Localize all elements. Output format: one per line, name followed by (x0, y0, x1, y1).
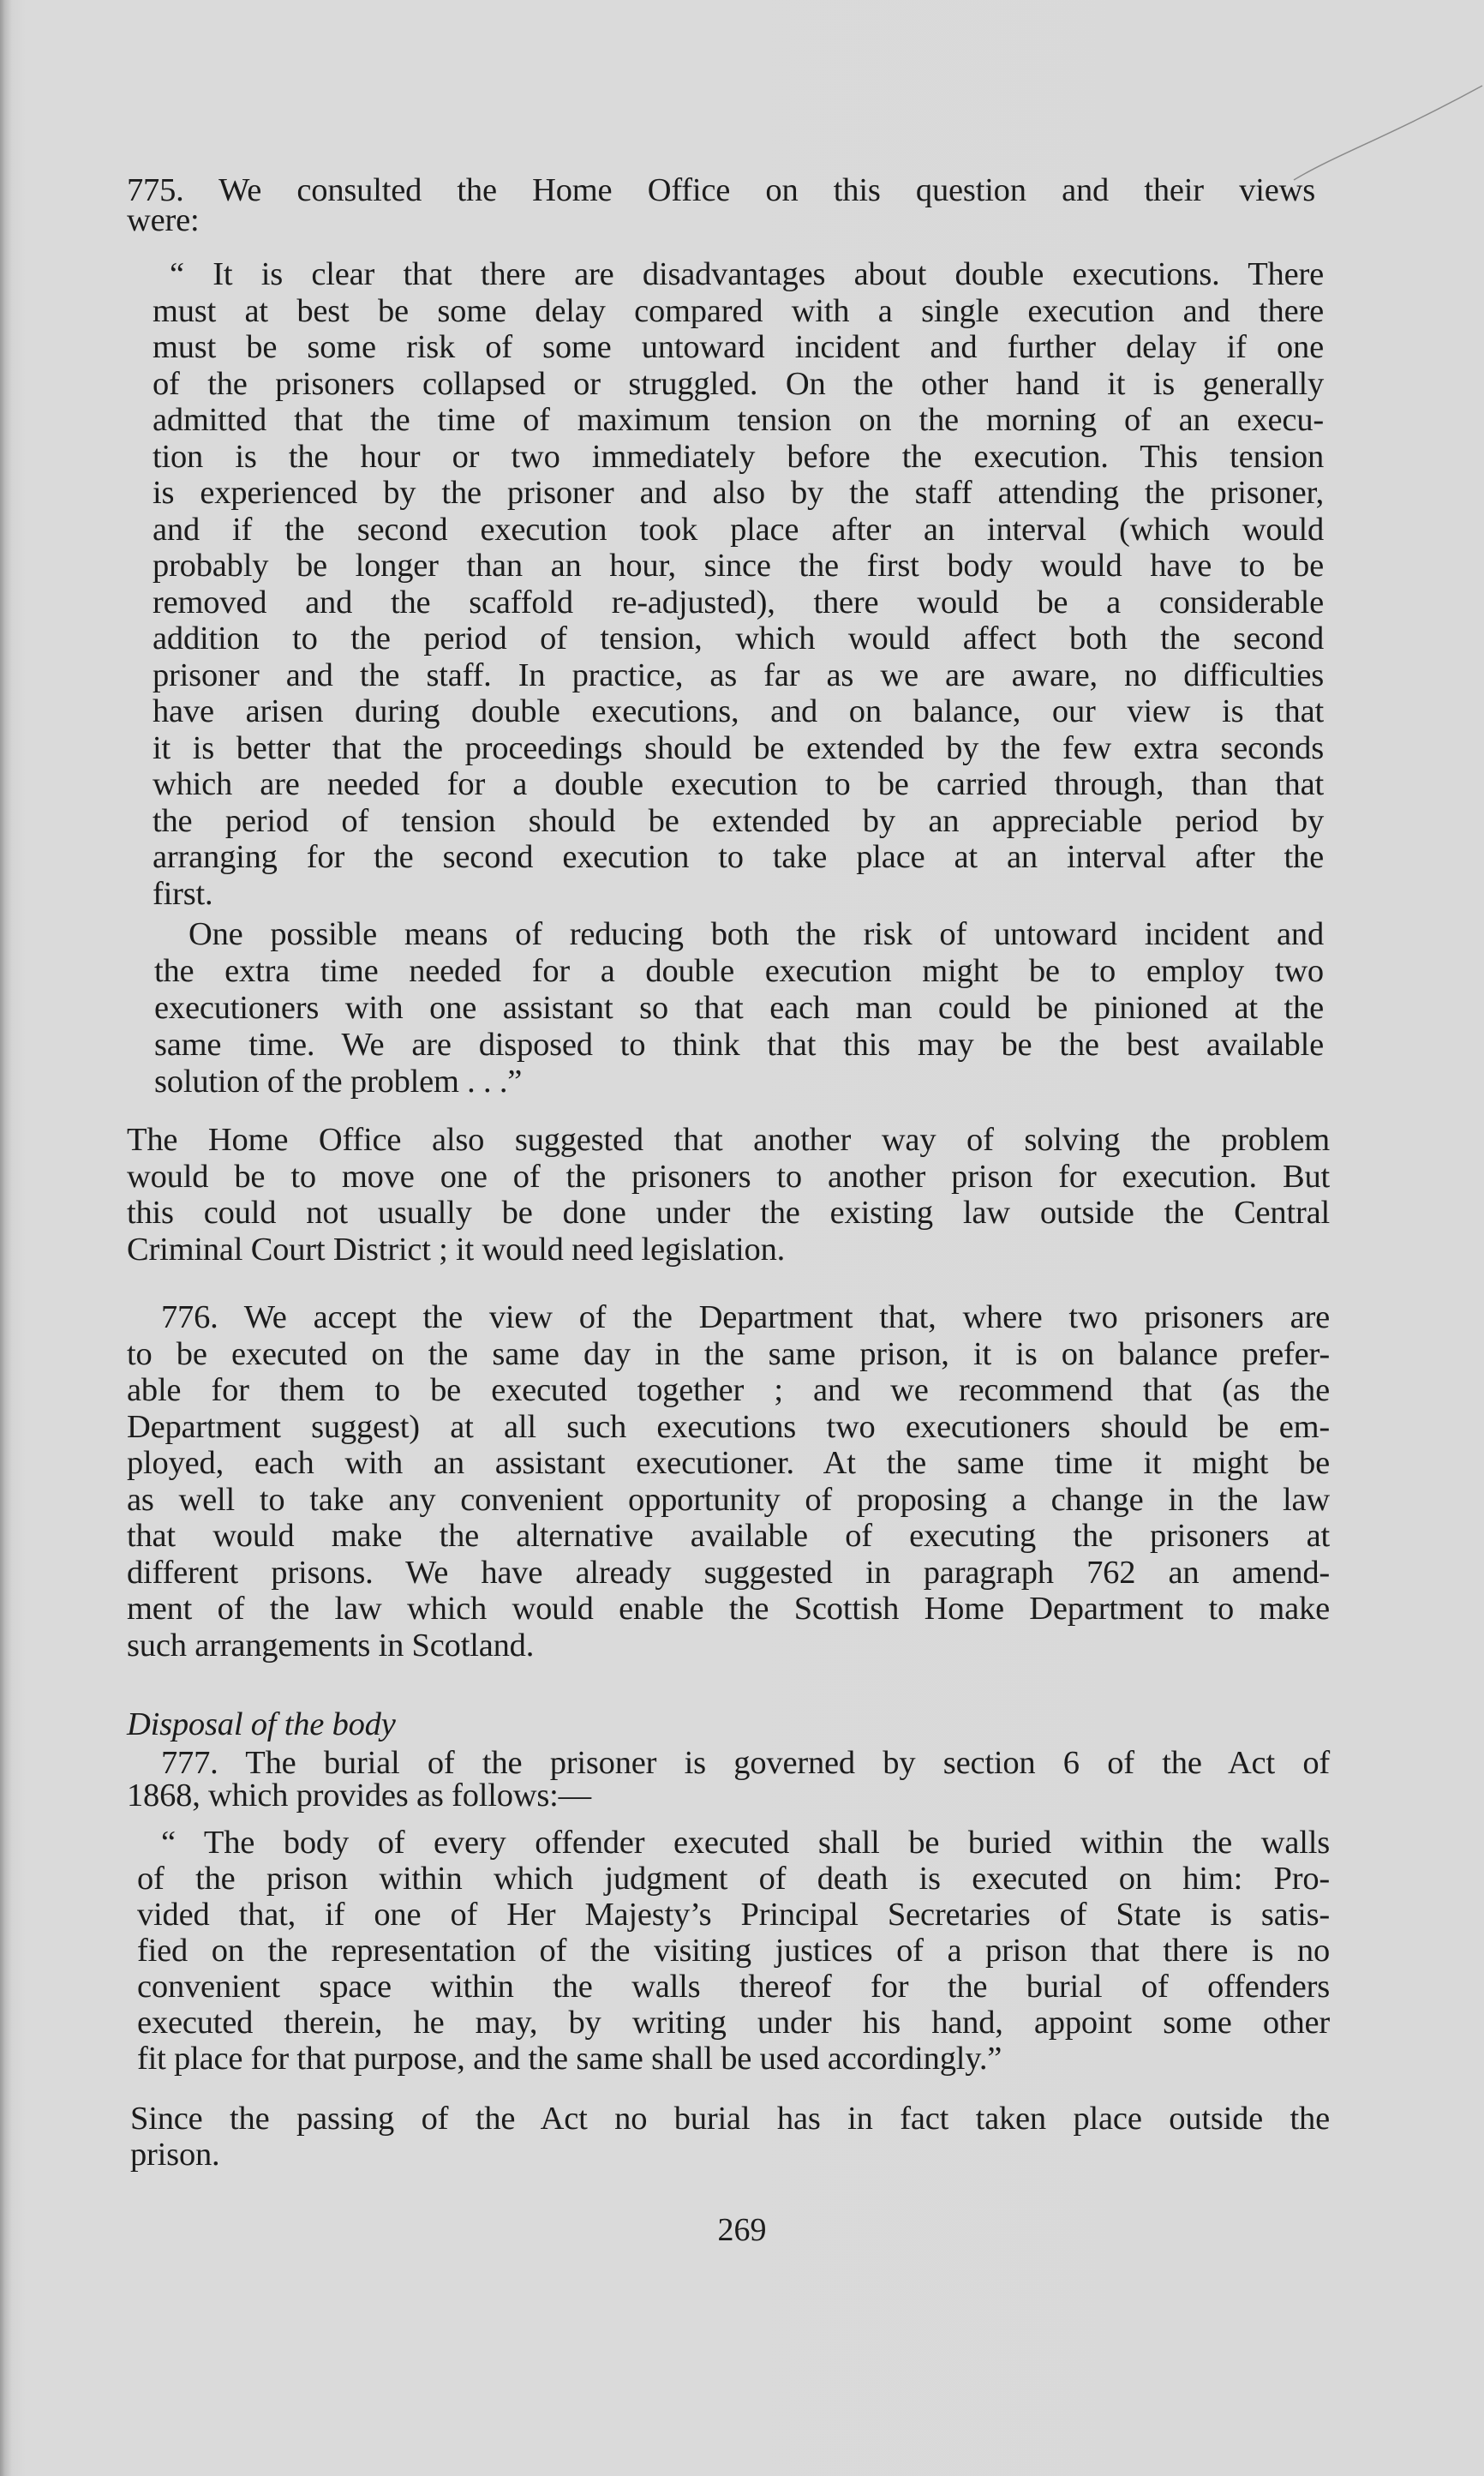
text-line: it is better that the proceedings should… (153, 729, 1324, 767)
text-line: ment of the law which would enable the S… (127, 1590, 1330, 1628)
text-line: would be to move one of the prisoners to… (127, 1158, 1330, 1196)
text-line: removed and the scaffold re-adjusted), t… (153, 584, 1324, 621)
text-line: which are needed for a double execution … (153, 765, 1324, 803)
text-line: prisoner and the staff. In practice, as … (153, 656, 1324, 694)
text-line: must at best be some delay compared with… (153, 292, 1324, 330)
text-line: probably be longer than an hour, since t… (153, 547, 1324, 585)
text-line: this could not usually be done under the… (127, 1194, 1330, 1232)
text-line: first. (153, 875, 212, 913)
paper-crease-mark (1285, 51, 1484, 189)
text-line: addition to the period of tension, which… (153, 620, 1324, 657)
text-line: of the prisoners collapsed or struggled.… (153, 365, 1324, 403)
text-line: Since the passing of the Act no burial h… (130, 2100, 1330, 2137)
text-line: the extra time needed for a double execu… (154, 952, 1324, 990)
text-line: arranging for the second execution to ta… (153, 838, 1324, 876)
text-line: and if the second execution took place a… (153, 511, 1324, 549)
text-line: One possible means of reducing both the … (188, 915, 1324, 953)
text-line: ployed, each with an assistant execution… (127, 1444, 1330, 1482)
text-line: Criminal Court District ; it would need … (127, 1231, 785, 1268)
section-heading: Disposal of the body (127, 1706, 396, 1743)
text-line: as well to take any convenient opportuni… (127, 1481, 1330, 1519)
page-number: 269 (0, 2211, 1484, 2249)
text-line: to be executed on the same day in the sa… (127, 1335, 1330, 1373)
text-line: different prisons. We have already sugge… (127, 1554, 1330, 1592)
text-line: executioners with one assistant so that … (154, 989, 1324, 1027)
text-line: executed therein, he may, by writing und… (137, 2004, 1330, 2041)
text-line: fied on the representation of the visiti… (137, 1932, 1330, 1969)
text-line: The Home Office also suggested that anot… (127, 1121, 1330, 1159)
text-line: of the prison within which judgment of d… (137, 1860, 1330, 1897)
text-line: able for them to be executed together ; … (127, 1371, 1330, 1409)
text-line: 776. We accept the view of the Departmen… (161, 1298, 1330, 1336)
text-line: 775. We consulted the Home Office on thi… (127, 171, 1315, 209)
text-line: prison. (130, 2136, 219, 2173)
text-line: solution of the problem . . .” (154, 1063, 522, 1100)
text-line: “ The body of every offender executed sh… (161, 1824, 1330, 1861)
text-line: convenient space within the walls thereo… (137, 1968, 1330, 2005)
text-line: is experienced by the prisoner and also … (153, 474, 1324, 512)
text-line: 1868, which provides as follows:— (127, 1777, 591, 1814)
text-line: such arrangements in Scotland. (127, 1627, 534, 1664)
text-line: admitted that the time of maximum tensio… (153, 401, 1324, 439)
scanned-page: 775. We consulted the Home Office on thi… (0, 0, 1484, 2476)
text-line: fit place for that purpose, and the same… (137, 2040, 1002, 2077)
text-line: Department suggest) at all such executio… (127, 1408, 1330, 1446)
text-line: that would make the alternative availabl… (127, 1517, 1330, 1555)
text-line: same time. We are disposed to think that… (154, 1026, 1324, 1064)
text-line: were: (127, 201, 200, 239)
text-line: must be some risk of some untoward incid… (153, 328, 1324, 366)
text-line: have arisen during double executions, an… (153, 692, 1324, 730)
text-line: the period of tension should be extended… (153, 802, 1324, 840)
text-line: tion is the hour or two immediately befo… (153, 438, 1324, 476)
text-line: vided that, if one of Her Majesty’s Prin… (137, 1896, 1330, 1933)
text-line: “ It is clear that there are disadvantag… (170, 255, 1324, 293)
